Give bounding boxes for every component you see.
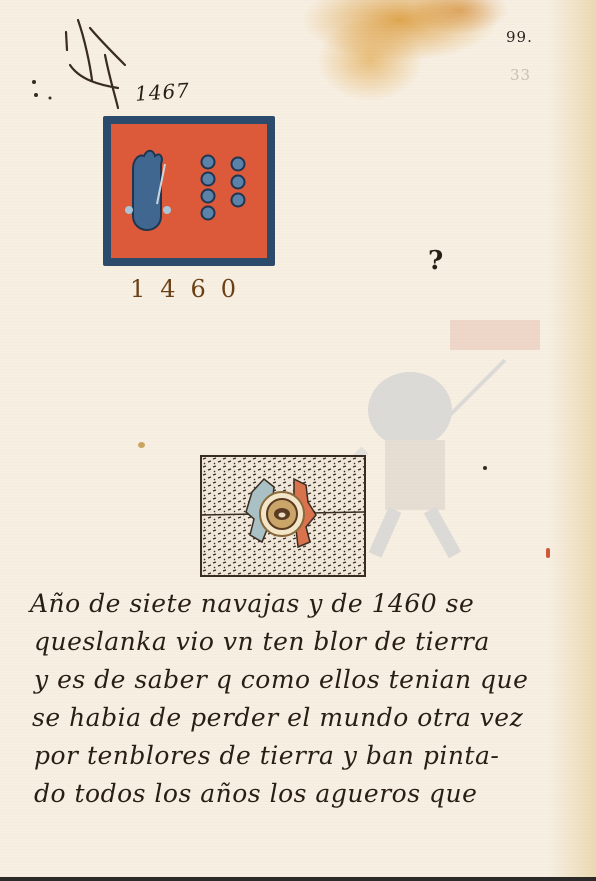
folio-number: 99. bbox=[506, 28, 533, 46]
marginal-year: 1467 bbox=[134, 78, 190, 106]
ink-spot bbox=[138, 442, 145, 448]
text-line: y es de saber q como ellos tenian que bbox=[30, 661, 590, 699]
faded-figure-drawing bbox=[335, 300, 545, 560]
manuscript-text: Año de siete navajas y de 1460 se quesla… bbox=[30, 585, 590, 813]
marginal-mark: ? bbox=[428, 246, 443, 276]
text-line: se habia de perder el mundo otra vez bbox=[30, 699, 590, 737]
text-line: Año de siete navajas y de 1460 se bbox=[30, 585, 590, 623]
year-glyph-field bbox=[111, 124, 267, 258]
manuscript-page: 1467 99. 33 1460 ? bbox=[0, 0, 596, 877]
year-glyph-box bbox=[103, 116, 275, 266]
sign-glyph-box bbox=[200, 455, 366, 577]
ink-spot bbox=[483, 466, 487, 470]
reed-glyph-icon bbox=[111, 124, 267, 258]
ink-spot bbox=[546, 548, 550, 558]
year-caption: 1460 bbox=[130, 275, 251, 303]
text-line: queslanka vio vn ten blor de tierra bbox=[30, 623, 590, 661]
scan-edge bbox=[0, 877, 596, 881]
text-line: por tenblores de tierra y ban pinta- bbox=[30, 737, 590, 775]
text-line: do todos los años los agueros que bbox=[30, 775, 590, 813]
folio-number-faint: 33 bbox=[510, 66, 531, 84]
eclipse-sun-glyph-icon bbox=[202, 457, 364, 575]
